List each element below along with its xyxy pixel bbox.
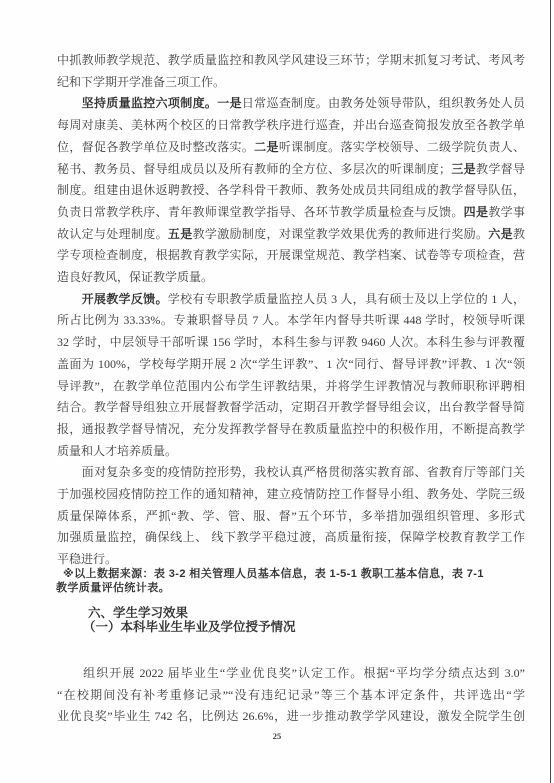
text-line: 结合。教学督导组独立开展督教督学活动，定期召开教学督导组会议，出台教学督导简 — [57, 397, 525, 419]
bold-text-run: 教学质量评估统计表。 — [56, 582, 170, 594]
document-page: 中抓教师教学规范、教学质量监控和教风学风建设三环节；学期末抓复习考试、考风考纪和… — [0, 0, 554, 783]
text-run — [57, 96, 82, 110]
text-run: 导评教”，在教学单位范围内公布学生评教结果，并将学生评教情况与教师职称评聘相 — [57, 379, 525, 393]
text-run: 面对复杂多变的疫情防控形势，我校认真严格贯彻落实教育部、省教育厅等部门关 — [57, 465, 525, 479]
text-line: ※以上数据来源：表 3-2 相关管理人员基本信息，表 1-5-1 教职工基本信息… — [56, 567, 525, 582]
text-line: 质量和人才培养质量。 — [57, 441, 525, 463]
text-line: “在校期间没有补考重修记录”“没有违纪记录”等三个基本评定条件，共评选出“学 — [57, 685, 525, 707]
text-line: 教学质量评估统计表。 — [56, 581, 525, 596]
text-run: 秘书、教务员、督导组成员以及所有教师的全方位、多层次的听课制度； — [57, 162, 451, 176]
text-run: 加强质量监控，确保线上、 线下教学平稳过渡，高质量衔接，保障学校教育教学工作 — [57, 530, 525, 544]
paragraph-teaching-feedback: 开展教学反馈。学校有专职教学质量监控人员 3 人，具有硕士及以上学位的 1 人，… — [57, 289, 525, 463]
text-line: 面对复杂多变的疫情防控形势，我校认真严格贯彻落实教育部、省教育厅等部门关 — [57, 462, 525, 484]
text-run: 教学事 — [488, 205, 525, 219]
text-line: 所占比例为 33.33%。专兼职督导员 7 人。本学年内督导共听课 448 学时… — [57, 310, 525, 332]
text-run: 学专项检查制度，根据教育教学实际，开展课堂规范、教学档案、试卷等专项检查，营 — [57, 248, 525, 262]
text-line: 加强质量监控，确保线上、 线下教学平稳过渡，高质量衔接，保障学校教育教学工作 — [57, 527, 525, 549]
text-run: 负责日常教学秩序、青年教师课堂教学指导、各环节教学质量检查与反馈。 — [57, 205, 464, 219]
text-run: 业优良奖”毕业生 742 名，比例达 26.6%，进一步推动教学学风建设，激发全… — [57, 709, 525, 723]
text-line: 每周对康美、美林两个校区的日常教学秩序进行巡查，并出台巡查简报发放至各教学单 — [57, 115, 525, 137]
text-run: “在校期间没有补考重修记录”“没有违纪记录”等三个基本评定条件，共评选出“学 — [57, 688, 525, 702]
text-line: 报，通报教学督导情况，充分发挥教学督导在教质量监控中的积极作用，不断提高教学 — [57, 419, 525, 441]
text-line: （一）本科毕业生毕业及学位授予情况 — [57, 620, 525, 634]
bold-text-run: 四是 — [464, 205, 489, 219]
bold-text-run: （一）本科毕业生毕业及学位授予情况 — [83, 620, 296, 634]
text-line: 学专项检查制度，根据教育教学实际，开展课堂规范、教学档案、试卷等专项检查，营 — [57, 245, 525, 267]
bold-text-run: 五是 — [168, 227, 193, 241]
document-content: 中抓教师教学规范、教学质量监控和教风学风建设三环节；学期末抓复习考试、考风考纪和… — [57, 0, 525, 728]
text-line: 负责日常教学秩序、青年教师课堂教学指导、各环节教学质量检查与反馈。四是教学事 — [57, 202, 525, 224]
page-number: 25 — [0, 731, 554, 741]
text-line: 中抓教师教学规范、教学质量监控和教风学风建设三环节；学期末抓复习考试、考风考 — [57, 50, 525, 72]
text-run: 中抓教师教学规范、教学质量监控和教风学风建设三环节；学期末抓复习考试、考风考 — [57, 53, 525, 67]
text-run: 质量保障体系，严抓“教、学、管、服、督”五个环节，多举措加强组织管理、多形式 — [57, 509, 525, 523]
scan-edge-line — [550, 0, 551, 783]
bold-text-run: 开展教学反馈。 — [82, 292, 168, 306]
bold-text-run: 三是 — [451, 162, 476, 176]
text-line: 造良好教风，保证教学质量。 — [57, 267, 525, 289]
text-line: 开展教学反馈。学校有专职教学质量监控人员 3 人，具有硕士及以上学位的 1 人， — [57, 289, 525, 311]
bold-text-run: 二是 — [254, 140, 279, 154]
text-run — [57, 292, 82, 306]
text-line: 32 学时，中层领导干部听课 156 学时，本科生参与评教 9460 人次。本科… — [57, 332, 525, 354]
text-line: 坚持质量监控六项制度。一是日常巡查制度。由教务处领导带队，组织教务处人员 — [57, 93, 525, 115]
text-line: 质量保障体系，严抓“教、学、管、服、督”五个环节，多举措加强组织管理、多形式 — [57, 506, 525, 528]
bold-text-run: 六是 — [488, 227, 513, 241]
text-run: 日常巡查制度。由教务处领导带队，组织教务处人员 — [242, 96, 525, 110]
text-run: 所占比例为 33.33%。专兼职督导员 7 人。本学年内督导共听课 448 学时… — [57, 313, 525, 327]
text-run: 听课制度。落实学校领导、二级学院负责人、 — [279, 140, 525, 154]
paragraph-continuation: 中抓教师教学规范、教学质量监控和教风学风建设三环节；学期末抓复习考试、考风考纪和… — [57, 50, 525, 93]
text-run: 于加强校园疫情防控工作的通知精神，建立疫情防控工作督导小组、教务处、学院三级 — [57, 487, 525, 501]
data-source-note: ※以上数据来源：表 3-2 相关管理人员基本信息，表 1-5-1 教职工基本信息… — [56, 567, 525, 596]
text-run: 位，督促各教学单位及时整改落实。 — [57, 140, 254, 154]
text-run: 平稳进行。 — [57, 552, 117, 566]
text-run: 32 学时，中层领导干部听课 156 学时，本科生参与评教 9460 人次。本科… — [57, 335, 525, 349]
text-run: 盖面为 100%，学校每学期开展 2 次“学生评教”、1 次“同行、督导评教”评… — [57, 357, 525, 371]
bold-text-run: 六、学生学习效果 — [88, 606, 188, 620]
text-line: 组织开展 2022 届毕业生“学业优良奖”认定工作。根据“平均学分绩点达到 3.… — [57, 663, 525, 685]
text-run: 组织开展 2022 届毕业生“学业优良奖”认定工作。根据“平均学分绩点达到 3.… — [57, 666, 525, 680]
text-line: 六、学生学习效果 — [57, 606, 525, 620]
subsection-heading-graduation: （一）本科毕业生毕业及学位授予情况 — [57, 620, 525, 634]
section-heading-six: 六、学生学习效果 — [57, 606, 525, 620]
text-run: 学校有专职教学质量监控人员 3 人，具有硕士及以上学位的 1 人， — [168, 292, 525, 306]
text-run: 教 — [513, 227, 525, 241]
bold-text-run: 坚持质量监控六项制度。一是 — [82, 96, 242, 110]
bold-text-run: ※以上数据来源：表 3-2 相关管理人员基本信息，表 1-5-1 教职工基本信息… — [63, 568, 484, 580]
text-line: 盖面为 100%，学校每学期开展 2 次“学生评教”、1 次“同行、督导评教”评… — [57, 354, 525, 376]
text-run: 制度。组建由退休返聘教授、各学科骨干教师、教务处成员共同组成的教学督导队伍， — [57, 183, 525, 197]
text-run: 质量和人才培养质量。 — [57, 444, 177, 458]
paragraph-epidemic-control: 面对复杂多变的疫情防控形势，我校认真严格贯彻落实教育部、省教育厅等部门关于加强校… — [57, 462, 525, 571]
text-line: 纪和下学期开学准备三项工作。 — [57, 72, 525, 94]
text-line: 制度。组建由退休返聘教授、各学科骨干教师、教务处成员共同组成的教学督导队伍， — [57, 180, 525, 202]
text-run: 结合。教学督导组独立开展督教督学活动，定期召开教学督导组会议，出台教学督导简 — [57, 400, 525, 414]
text-line: 位，督促各教学单位及时整改落实。二是听课制度。落实学校领导、二级学院负责人、 — [57, 137, 525, 159]
text-line: 故认定与处理制度。五是教学激励制度，对课堂教学效果优秀的教师进行奖励。六是教 — [57, 224, 525, 246]
text-run: 教学督导 — [476, 162, 525, 176]
text-line: 于加强校园疫情防控工作的通知精神，建立疫情防控工作督导小组、教务处、学院三级 — [57, 484, 525, 506]
text-run: 造良好教风，保证教学质量。 — [57, 270, 213, 284]
text-run: 故认定与处理制度。 — [57, 227, 168, 241]
text-run: 每周对康美、美林两个校区的日常教学秩序进行巡查，并出台巡查简报发放至各教学单 — [57, 118, 525, 132]
text-line: 业优良奖”毕业生 742 名，比例达 26.6%，进一步推动教学学风建设，激发全… — [57, 706, 525, 728]
paragraph-academic-excellence-award: 组织开展 2022 届毕业生“学业优良奖”认定工作。根据“平均学分绩点达到 3.… — [57, 663, 525, 728]
paragraph-six-quality-systems: 坚持质量监控六项制度。一是日常巡查制度。由教务处领导带队，组织教务处人员每周对康… — [57, 93, 525, 288]
text-run: 纪和下学期开学准备三项工作。 — [57, 75, 225, 89]
text-run: 报，通报教学督导情况，充分发挥教学督导在教质量监控中的积极作用，不断提高教学 — [57, 422, 525, 436]
text-line: 导评教”，在教学单位范围内公布学生评教结果，并将学生评教情况与教师职称评聘相 — [57, 376, 525, 398]
text-line: 秘书、教务员、督导组成员以及所有教师的全方位、多层次的听课制度；三是教学督导 — [57, 159, 525, 181]
text-run: 教学激励制度，对课堂教学效果优秀的教师进行奖励。 — [193, 227, 489, 241]
